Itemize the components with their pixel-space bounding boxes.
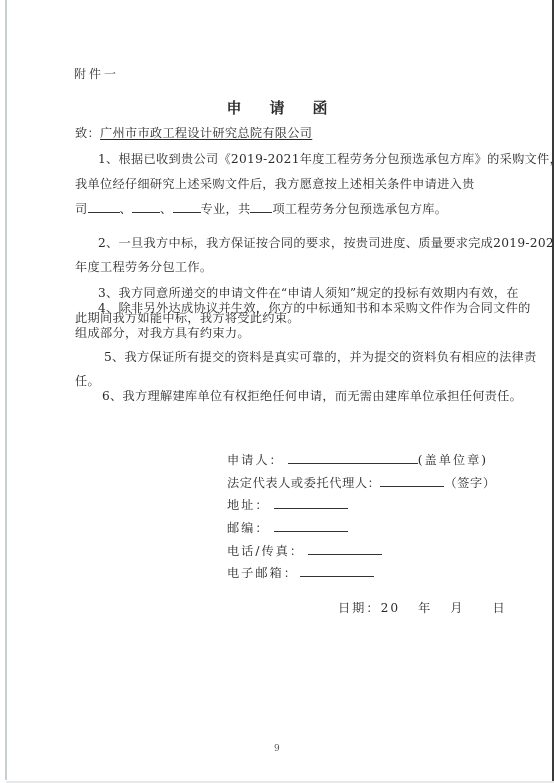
p1-line3-suffix: 项工程劳务分包预选承包方库。: [272, 202, 447, 216]
email-label: 电子邮箱：: [227, 566, 298, 580]
paragraph-5-line-1: 5、我方保证所有提交的资料是真实可靠的，并为提交的资料负有相应的法律责: [104, 350, 537, 364]
paragraph-1-line-1: 1、根据已收到贵公司《2019-2021年度工程劳务分包预选承包方库》的采购文件…: [98, 152, 554, 166]
applicant-label: 申请人：: [227, 453, 284, 467]
date-label: 日期：: [338, 601, 381, 615]
p1-line3-mid: 专业，共: [201, 202, 251, 216]
document-page: 附件一 申请函 致：广州市市政工程设计研究总院有限公司 1、根据已收到贵公司《2…: [0, 0, 554, 783]
p1-separator-2: 、: [160, 202, 173, 216]
page-number: 9: [0, 742, 554, 756]
paragraph-1-line-3: 司、、专业，共项工程劳务分包预选承包方库。: [75, 201, 447, 216]
title-char: 请: [269, 101, 284, 115]
representative-label: 法定代表人或委托代理人：: [227, 476, 380, 490]
address-label: 地址：: [227, 498, 270, 512]
email-field[interactable]: [300, 565, 374, 577]
specialty-blank-3[interactable]: [173, 201, 201, 213]
applicant-note: (盖单位章): [418, 453, 488, 467]
paragraph-4-line-2: 组成部分，对我方具有约束力。: [75, 326, 250, 340]
p1-line3-prefix: 司: [75, 202, 88, 216]
phone-fax-label: 电话/传真：: [227, 544, 304, 558]
representative-note: （签字）: [444, 476, 495, 490]
postcode-field[interactable]: [274, 520, 348, 532]
date-year-prefix: 20: [381, 601, 401, 615]
applicant-row: 申请人：(盖单位章): [227, 452, 488, 467]
date-month-unit: 月: [450, 601, 464, 615]
title-char: 函: [313, 101, 328, 115]
paragraph-4-line-1: 4、除非另外达成协议并生效，你方的中标通知书和本采购文件作为合同文件的: [98, 301, 531, 315]
email-row: 电子邮箱：: [227, 565, 374, 580]
paragraph-2-line-2: 年度工程劳务分包工作。: [75, 260, 212, 274]
representative-row: 法定代表人或委托代理人：（签字）: [227, 475, 496, 490]
paragraph-1-line-2: 我单位经仔细研究上述采购文件后，我方愿意按上述相关条件申请进入贵: [75, 177, 475, 191]
specialty-blank-1[interactable]: [88, 201, 120, 213]
applicant-field[interactable]: [288, 452, 418, 464]
postcode-row: 邮编：: [227, 520, 348, 535]
paragraph-6-line-1: 6、我方理解建库单位有权拒绝任何申请，而无需由建库单位承担任何责任。: [102, 389, 522, 403]
date-day-unit: 日: [492, 601, 506, 615]
addressee-company: 广州市市政工程设计研究总院有限公司: [100, 126, 312, 140]
representative-field[interactable]: [380, 475, 444, 487]
document-title: 申请函: [0, 101, 554, 115]
addressee-line: 致：广州市市政工程设计研究总院有限公司: [75, 126, 312, 140]
address-field[interactable]: [274, 497, 348, 509]
date-row: 日期：20年月日: [338, 601, 507, 615]
date-year-unit: 年: [418, 601, 432, 615]
specialty-blank-2[interactable]: [132, 201, 160, 213]
addressee-prefix: 致：: [75, 126, 100, 140]
paragraph-2-line-1: 2、一旦我方中标，我方保证按合同的要求，按贵司进度、质量要求完成2019-202…: [98, 236, 554, 250]
phone-fax-row: 电话/传真：: [227, 543, 382, 558]
postcode-label: 邮编：: [227, 521, 270, 535]
phone-fax-field[interactable]: [308, 543, 382, 555]
address-row: 地址：: [227, 497, 348, 512]
paragraph-3-line-1: 3、我方同意所递交的申请文件在“申请人须知”规定的投标有效期内有效，在: [98, 286, 519, 300]
count-blank[interactable]: [250, 201, 272, 213]
attachment-label: 附件一: [74, 67, 119, 81]
page-left-edge: [5, 0, 7, 780]
p1-separator-1: 、: [120, 202, 133, 216]
title-char: 申: [226, 101, 241, 115]
paragraph-5-line-2: 任。: [75, 374, 100, 388]
